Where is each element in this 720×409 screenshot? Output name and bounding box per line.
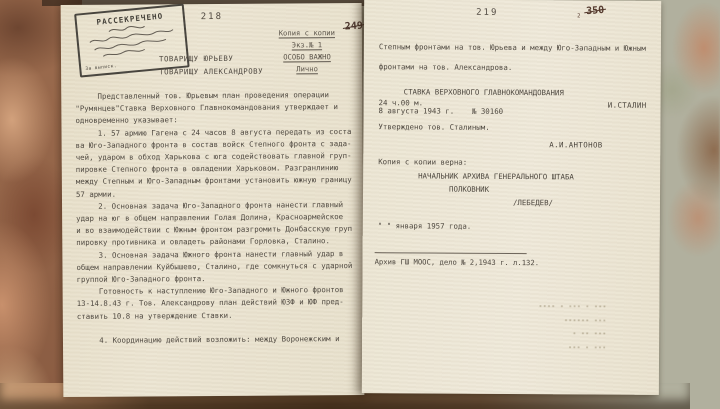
copy-certification-line: Копия с копии верна:	[378, 157, 467, 167]
folder-marbled-edge-right	[652, 0, 720, 260]
typed-divider-line	[375, 252, 527, 254]
struck-old-page-number: 350	[586, 5, 605, 17]
personal-line: Лично	[257, 63, 357, 76]
rank-line: ПОЛКОВНИК	[449, 185, 489, 194]
left-document-page: 218 Копия с копии Экз.№ 1 ОСОБО ВАЖНО Ли…	[61, 3, 365, 397]
colonel-name-signature: /ЛЕБЕДЕВ/	[513, 198, 553, 207]
struck-old-page-number: 249	[344, 20, 363, 33]
directive-body-continuation: Степным фронтами на тов. Юрьева и между …	[379, 37, 651, 78]
right-document-page: 219 2 350 Степным фронтами на тов. Юрьев…	[362, 0, 661, 395]
antonov-signature: А.И.АНТОНОВ	[549, 140, 602, 149]
old-page-prefix: 2	[577, 13, 580, 19]
stamp-footer-label: За выписк.	[85, 64, 117, 72]
certification-date-line: " " января 1957 года.	[378, 221, 472, 231]
ink-bleed-through: ▪▪▪▪ ▪ ▪▪▪ ▪ ▪▪▪ ▪▪▪▪▪▪ ▪▪▪ ▪ ▪▪ ▪▪▪ ▪▪▪…	[447, 300, 607, 355]
date-and-number-line: 8 августа 1943 г. № 30160	[378, 106, 503, 116]
archive-chief-line: НАЧАЛЬНИК АРХИВА ГЕНЕРАЛЬНОГО ШТАБА	[418, 171, 574, 181]
approved-line: Утверждено тов. Сталиным.	[378, 122, 489, 132]
addressees-block: ТОВАРИЩУ ЮРЬЕВУ ТОВАРИЩУ АЛЕКСАНДРОВУ	[159, 52, 263, 79]
page-number: 218	[201, 12, 223, 22]
copy-line: Копия с копии	[257, 27, 357, 40]
classification-block: Копия с копии Экз.№ 1 ОСОБО ВАЖНО Лично …	[257, 27, 357, 76]
archival-document-photo: 218 Копия с копии Экз.№ 1 ОСОБО ВАЖНО Ли…	[0, 0, 720, 409]
archive-reference-line: Архив ГШ МООС, дело № 2,1943 г. л.132.	[375, 257, 539, 267]
directive-body-text: Представленный тов. Юрьевым план проведе…	[75, 89, 363, 347]
page-number: 219	[476, 8, 498, 18]
stavka-heading: СТАВКА ВЕРХОВНОГО ГЛАВНОКОМАНДОВАНИЯ	[404, 87, 564, 97]
copy-number-line: Экз.№ 1	[257, 39, 357, 52]
stalin-signature: И.СТАЛИН	[608, 101, 647, 110]
importance-line: ОСОБО ВАЖНО	[257, 51, 357, 64]
